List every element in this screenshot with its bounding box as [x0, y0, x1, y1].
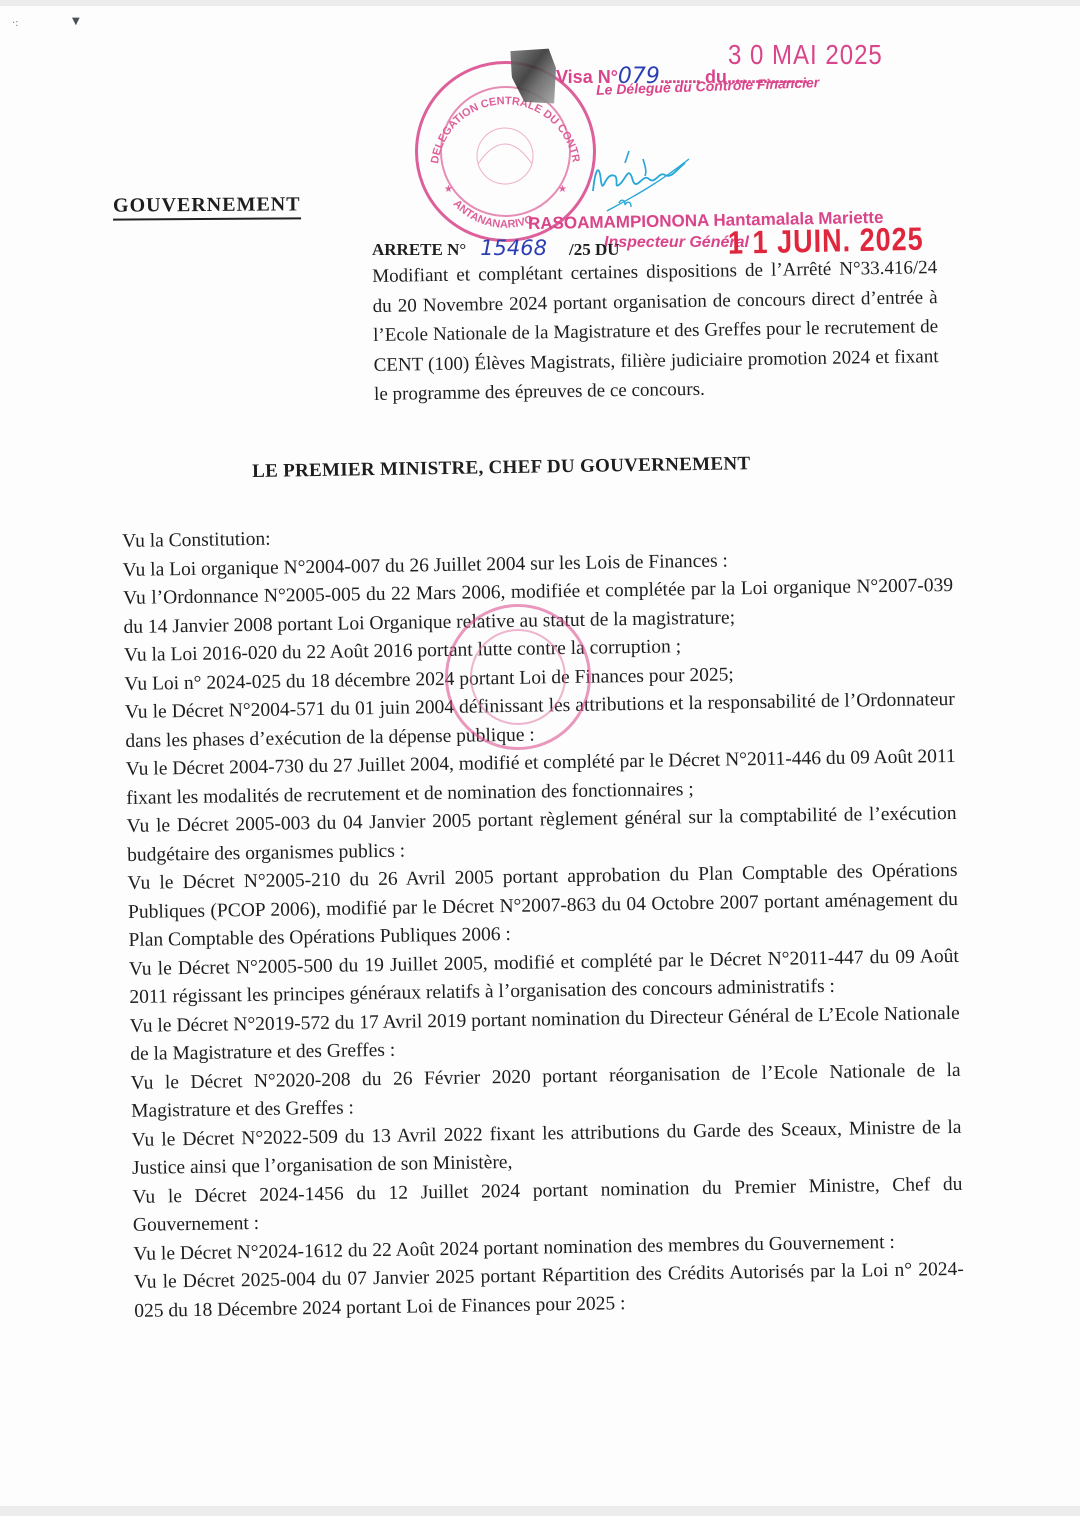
scanned-page: ·: ▼ GOUVERNEMENT DELEGATION CENTRALE DU… — [0, 6, 1080, 1506]
arrete-heading: ARRETE N°15468/25 DU — [372, 236, 620, 260]
header-government: GOUVERNEMENT — [113, 193, 301, 220]
authority-title: LE PREMIER MINISTRE, CHEF DU GOUVERNEMEN… — [252, 453, 751, 483]
arrete-label: ARRETE N° — [372, 240, 466, 259]
arrete-subject: Modifiant et complétant certaines dispos… — [372, 253, 939, 409]
svg-text:★: ★ — [558, 184, 567, 195]
svg-text:ANTANANARIVO: ANTANANARIVO — [451, 198, 536, 231]
arrete-number: 15468 — [480, 236, 547, 260]
round-official-stamp-secondary — [445, 604, 591, 750]
arrete-suffix: /25 DU — [569, 240, 620, 259]
scan-speck: ▼ — [72, 16, 80, 27]
scan-speck: ·: — [12, 18, 19, 29]
svg-text:★: ★ — [444, 184, 453, 195]
stamp-inner-ring — [470, 629, 566, 725]
visa-item: Vu le Décret N°2005-210 du 26 Avril 2005… — [127, 857, 958, 956]
visa-item: Vu le Décret 2025-004 du 07 Janvier 2025… — [134, 1256, 965, 1326]
signature-icon — [585, 141, 695, 221]
